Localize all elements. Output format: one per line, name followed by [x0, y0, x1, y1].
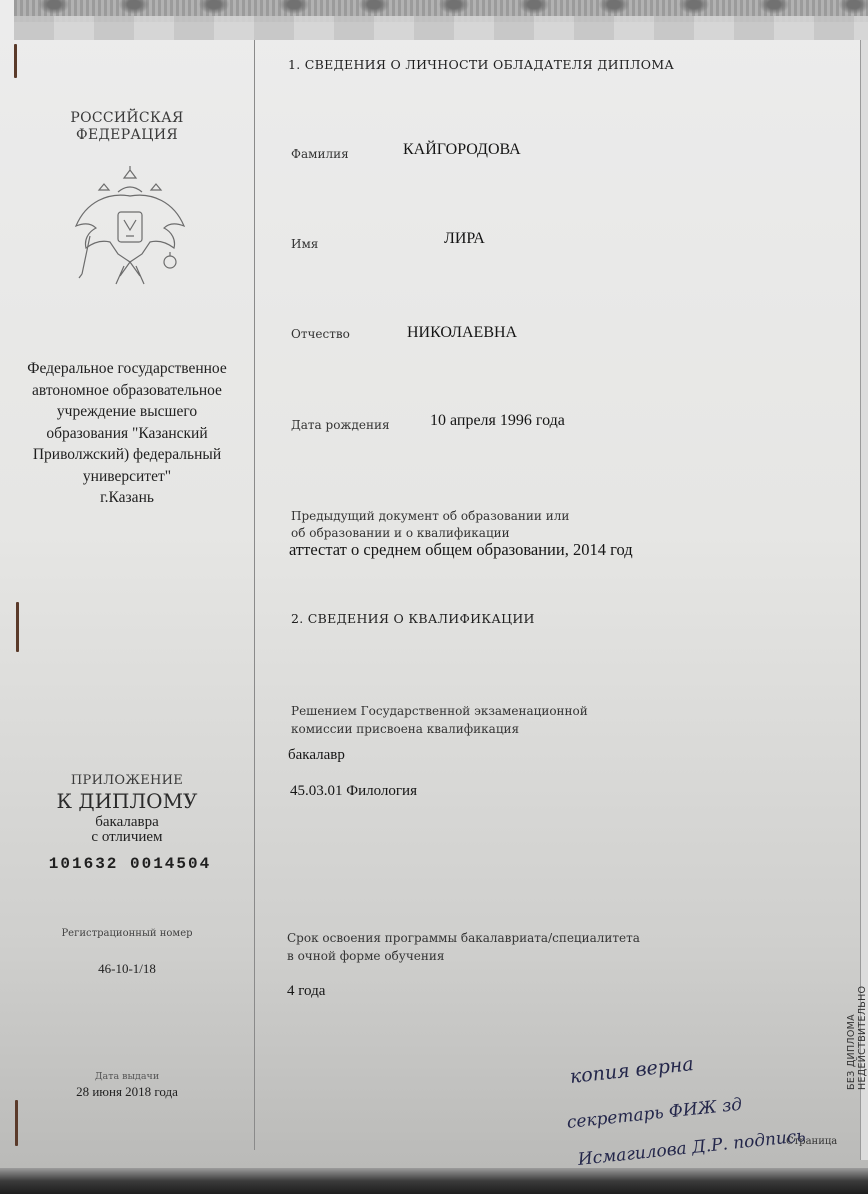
prev-doc-label-line1: Предыдущий документ об образовании или — [291, 509, 569, 523]
patronymic-label: Отчество — [291, 327, 350, 341]
issue-date: 28 июня 2018 года — [0, 1084, 254, 1100]
name-value: ЛИРА — [444, 230, 485, 248]
column-divider — [254, 40, 255, 1150]
institution-line: Федеральное государственное — [0, 358, 254, 380]
name-label: Имя — [291, 237, 318, 251]
country-line-1: РОССИЙСКАЯ — [0, 110, 254, 126]
birthdate-value: 10 апреля 1996 года — [430, 412, 565, 430]
institution-line: г.Казань — [0, 487, 254, 509]
reg-number: 46-10-1/18 — [0, 961, 254, 977]
institution-line: образования "Казанский — [0, 423, 254, 445]
duration-label-line1: Срок освоения программы бакалавриата/спе… — [287, 931, 640, 945]
specialty-value: 45.03.01 Филология — [290, 783, 417, 800]
duration-value: 4 года — [287, 983, 325, 1000]
prev-doc-label-line2: об образовании и о квалификации — [291, 526, 510, 540]
institution-line: университет" — [0, 466, 254, 488]
duration-label-line2: в очной форме обучения — [287, 949, 444, 963]
section2-heading: 2. СВЕДЕНИЯ О КВАЛИФИКАЦИИ — [291, 611, 535, 626]
decision-line2: комиссии присвоена квалификация — [291, 722, 519, 736]
security-ornament-fade — [14, 16, 868, 40]
degree-level: бакалавра — [0, 815, 254, 830]
institution-line: учреждение высшего — [0, 401, 254, 423]
handwritten-signature: Исмагилова Д.Р. подпись — [577, 1126, 807, 1170]
prev-doc-value: аттестат о среднем общем образовании, 20… — [289, 540, 633, 560]
reg-number-label: Регистрационный номер — [0, 928, 254, 939]
institution-line: Приволжский) федеральный — [0, 444, 254, 466]
institution-line: автономное образовательное — [0, 380, 254, 402]
russian-coat-of-arms-icon — [68, 162, 192, 290]
decision-line1: Решением Государственной экзаменационной — [291, 704, 588, 718]
supplement-title: ПРИЛОЖЕНИЕ — [0, 773, 254, 788]
handwritten-certification-line1: копия верна — [569, 1053, 695, 1088]
surname-label: Фамилия — [291, 147, 349, 161]
qualification-value: бакалавр — [288, 747, 345, 764]
to-diploma-title: К ДИПЛОМУ — [0, 789, 254, 813]
staple-mark — [14, 44, 17, 78]
handwritten-certification-line2: секретарь ФИЖ зд — [566, 1095, 743, 1133]
section1-heading: 1. СВЕДЕНИЯ О ЛИЧНОСТИ ОБЛАДАТЕЛЯ ДИПЛОМ… — [288, 57, 674, 72]
diploma-supplement-page: РОССИЙСКАЯ ФЕДЕРАЦИЯ Федеральное государ… — [0, 0, 868, 1180]
surname-value: КАЙГОРОДОВА — [403, 141, 521, 159]
institution-name: Федеральное государственное автономное о… — [0, 358, 254, 509]
issue-date-label: Дата выдачи — [0, 1071, 254, 1082]
validity-note: БЕЗ ДИПЛОМА НЕДЕЙСТВИТЕЛЬНО — [846, 986, 868, 1090]
staple-mark — [16, 602, 19, 652]
staple-mark — [15, 1100, 18, 1146]
photo-background-edge — [0, 1168, 868, 1194]
country-line-2: ФЕДЕРАЦИЯ — [0, 127, 254, 143]
patronymic-value: НИКОЛАЕВНА — [407, 324, 517, 342]
honors-note: с отличием — [0, 830, 254, 845]
series-number: 101632 0014504 — [40, 855, 220, 873]
birthdate-label: Дата рождения — [291, 418, 390, 432]
